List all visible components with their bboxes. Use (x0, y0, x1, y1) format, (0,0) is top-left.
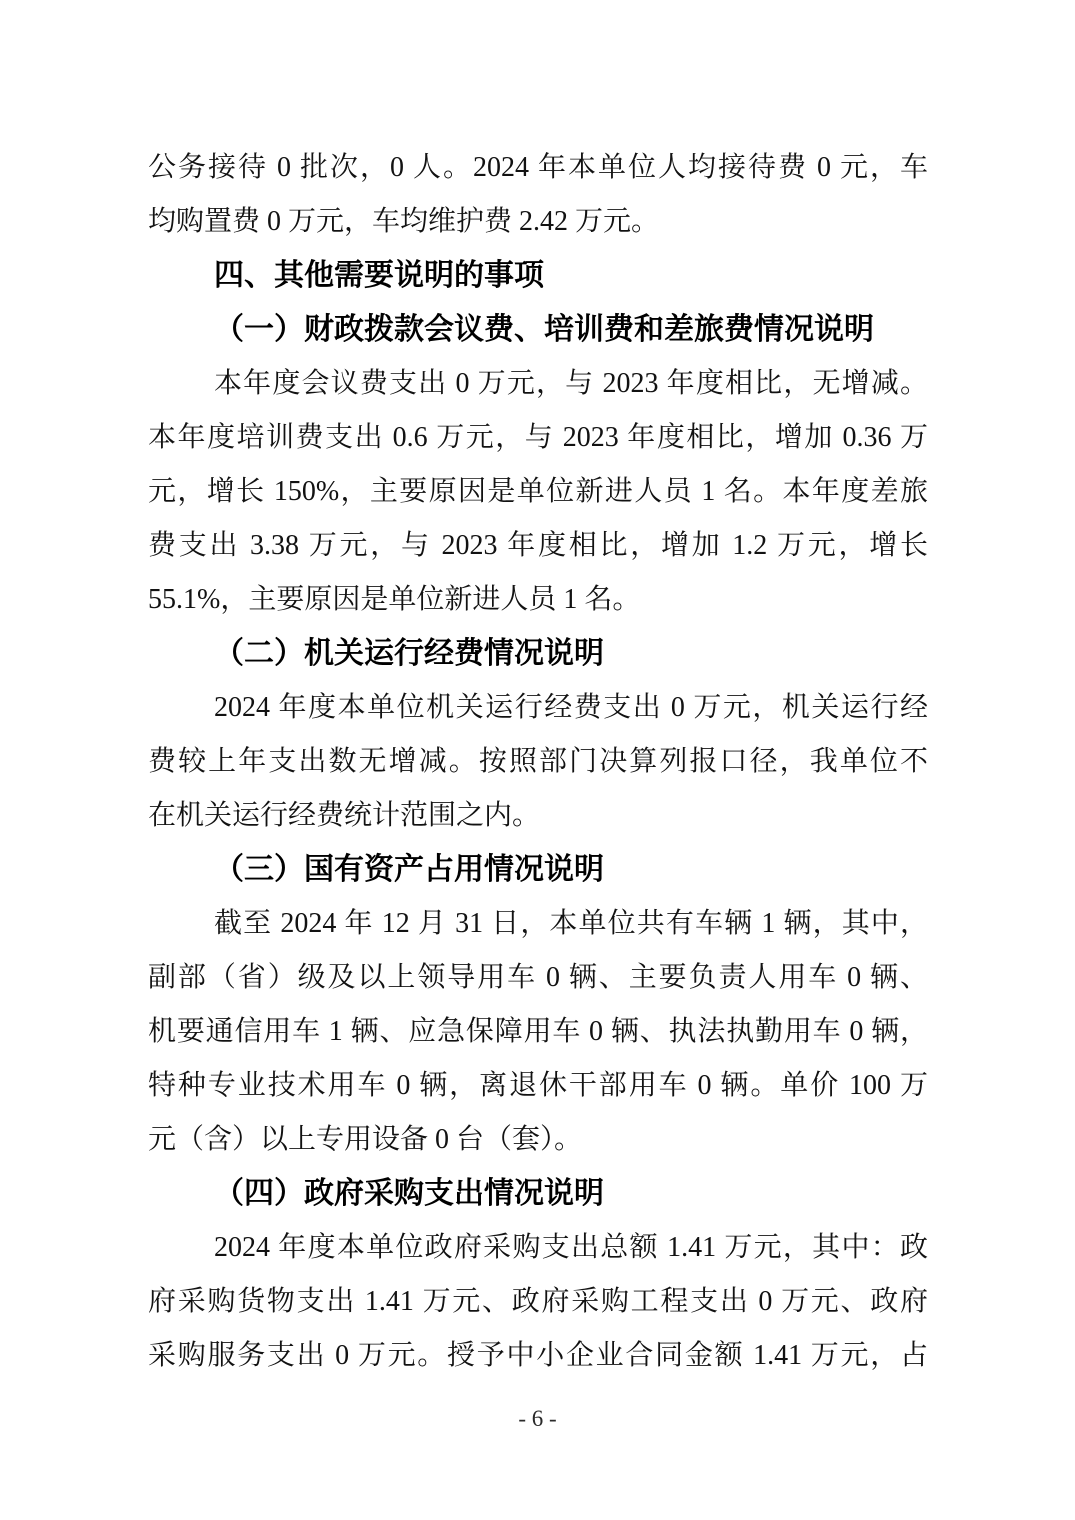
heading-subsection-4-1: （一）财政拨款会议费、培训费和差旅费情况说明 (148, 303, 928, 357)
body-text-line: 特种专业技术用车 0 辆，离退休干部用车 0 辆。单价 100 万 (148, 1059, 928, 1113)
body-text-line: 在机关运行经费统计范围之内。 (148, 789, 928, 843)
heading-subsection-4-4: （四）政府采购支出情况说明 (148, 1167, 928, 1221)
document-body: 公务接待 0 批次，0 人。2024 年本单位人均接待费 0 元，车 均购置费 … (148, 141, 928, 1383)
page-number: - 6 - (0, 1402, 1075, 1436)
body-text-line: 2024 年度本单位政府采购支出总额 1.41 万元，其中：政 (148, 1221, 928, 1275)
body-text-line: 本年度会议费支出 0 万元，与 2023 年度相比，无增减。 (148, 357, 928, 411)
body-text-line: 公务接待 0 批次，0 人。2024 年本单位人均接待费 0 元，车 (148, 141, 928, 195)
body-text-line: 府采购货物支出 1.41 万元、政府采购工程支出 0 万元、政府 (148, 1275, 928, 1329)
body-text-line: 本年度培训费支出 0.6 万元，与 2023 年度相比，增加 0.36 万 (148, 411, 928, 465)
heading-section-4: 四、其他需要说明的事项 (148, 249, 928, 303)
body-text-line: 机要通信用车 1 辆、应急保障用车 0 辆、执法执勤用车 0 辆， (148, 1005, 928, 1059)
body-text-line: 元，增长 150%，主要原因是单位新进人员 1 名。本年度差旅 (148, 465, 928, 519)
document-page: 公务接待 0 批次，0 人。2024 年本单位人均接待费 0 元，车 均购置费 … (0, 0, 1075, 1520)
body-text-line: 截至 2024 年 12 月 31 日，本单位共有车辆 1 辆，其中， (148, 897, 928, 951)
heading-subsection-4-3: （三）国有资产占用情况说明 (148, 843, 928, 897)
body-text-line: 均购置费 0 万元，车均维护费 2.42 万元。 (148, 195, 928, 249)
body-text-line: 副部（省）级及以上领导用车 0 辆、主要负责人用车 0 辆、 (148, 951, 928, 1005)
body-text-line: 元（含）以上专用设备 0 台（套）。 (148, 1113, 928, 1167)
body-text-line: 采购服务支出 0 万元。授予中小企业合同金额 1.41 万元，占 (148, 1329, 928, 1383)
body-text-line: 费支出 3.38 万元，与 2023 年度相比，增加 1.2 万元，增长 (148, 519, 928, 573)
body-text-line: 55.1%，主要原因是单位新进人员 1 名。 (148, 573, 928, 627)
body-text-line: 2024 年度本单位机关运行经费支出 0 万元，机关运行经 (148, 681, 928, 735)
body-text-line: 费较上年支出数无增减。按照部门决算列报口径，我单位不 (148, 735, 928, 789)
heading-subsection-4-2: （二）机关运行经费情况说明 (148, 627, 928, 681)
